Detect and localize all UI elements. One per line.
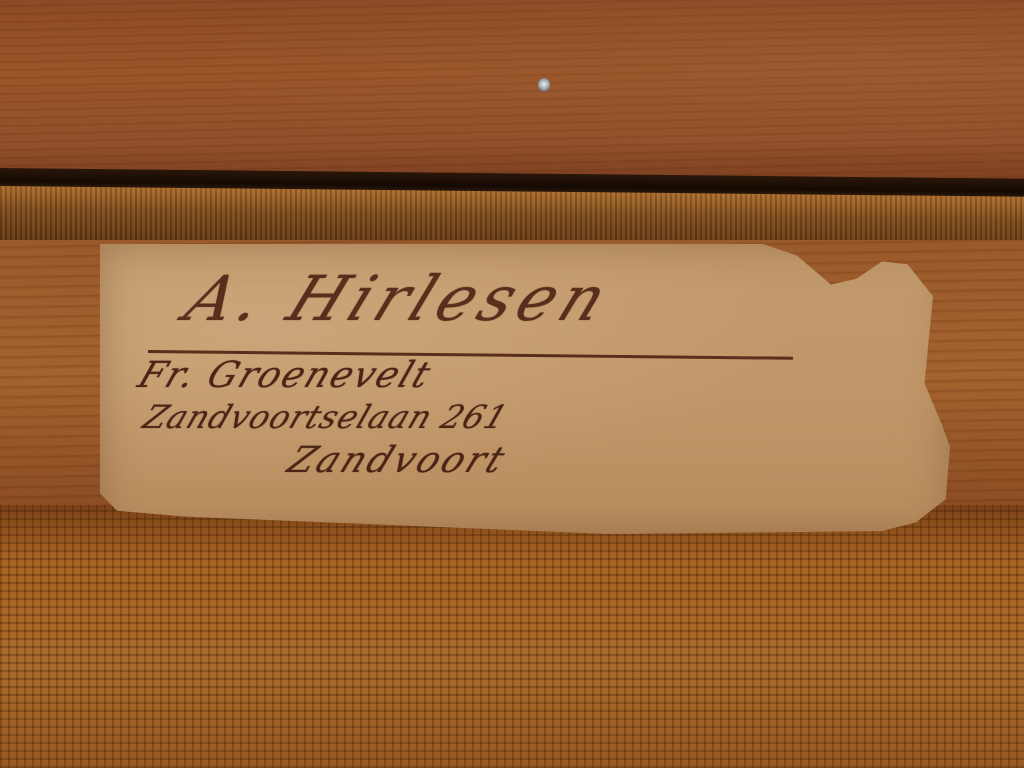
canvas-back-weave [0, 505, 1024, 768]
wooden-stretcher-bar-top [0, 0, 1024, 180]
label-street-address: Zandvoortselaan 261 [138, 398, 514, 436]
label-city: Zandvoort [282, 440, 514, 481]
label-owner-name: Fr. Groenevelt [133, 355, 438, 396]
nail-head [538, 78, 550, 92]
photo-scene: A. Hirlesen Fr. Groenevelt Zandvoortsela… [0, 0, 1024, 768]
label-signature: A. Hirlesen [175, 262, 623, 335]
